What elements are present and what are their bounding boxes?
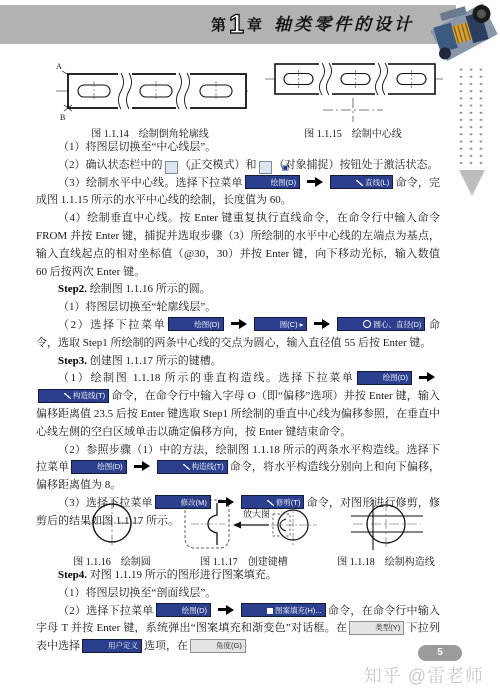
figure-caption: 图 1.1.14 绘制倒角轮廓线 — [46, 125, 254, 140]
menu-button[interactable]: 图案填充(H)... — [241, 603, 326, 617]
menu-button[interactable]: 直线(L) — [330, 175, 393, 189]
menu-button[interactable]: 类型(Y) — [349, 621, 404, 635]
page-number-badge: 5 — [418, 645, 462, 661]
step-label: Step4. — [58, 569, 87, 581]
menu-button-label: 绘图(D) — [97, 462, 122, 471]
arrow-icon — [419, 372, 435, 382]
menu-button-label: 用户定义 — [108, 641, 138, 650]
figure-caption: 图 1.1.17 创建键槽 — [165, 553, 323, 568]
figure-1-1-15-drawing — [261, 60, 446, 124]
machine-photo — [426, 0, 498, 66]
menu-button-label: 圆(C) ▸ — [280, 320, 304, 329]
figure-1-1-14-drawing: A B — [48, 60, 253, 124]
chapter-prefix: 第 — [211, 18, 228, 34]
menu-button-label: 构造线(T) — [192, 462, 224, 471]
text-run: （2）选择下拉菜单 — [58, 319, 166, 331]
paragraph: Step3. 创建图 1.1.17 所示的键槽。 — [36, 353, 440, 371]
menu-button-label: 类型(Y) — [375, 623, 400, 632]
text-run: （1）将图层切换至“中心线层”。 — [58, 141, 216, 153]
text-run: （对象捕捉）按钮处于激活状态。 — [274, 159, 439, 171]
paragraph: （2）选择下拉菜单绘图(D)图案填充(H)...命令，在命令行中输入字母 T 并… — [36, 603, 440, 656]
step-label: Step2. — [58, 283, 87, 295]
text-run: （3）绘制水平中心线。选择下拉菜单 — [58, 177, 243, 189]
figure-1-1-14: A B 图 1.1.14 绘制倒角轮廓线 — [46, 60, 254, 140]
text-run: 创建图 1.1.17 所示的键槽。 — [87, 355, 222, 367]
menu-button[interactable]: 绘图(D) — [357, 371, 412, 385]
menu-button[interactable]: 绘图(D) — [245, 175, 300, 189]
line-icon — [356, 180, 363, 186]
object-snap-icon[interactable]: ▣ — [259, 161, 272, 174]
body-text-2: Step4. 对图 1.1.19 所示的图形进行图案填充。（1）将图层切换至“剖… — [36, 567, 440, 656]
step-label: Step3. — [58, 355, 87, 367]
paragraph: （2）选择下拉菜单绘图(D)圆(C) ▸圆心、直径(D)命令，选取 Step1 … — [36, 317, 440, 353]
menu-button-label: 绘图(D) — [182, 606, 207, 615]
text-run: （1）将图层切换至“轮廓线层”。 — [58, 301, 216, 313]
text-run: （正交模式）和 — [180, 159, 257, 171]
arrow-icon — [314, 319, 330, 329]
paragraph: Step4. 对图 1.1.19 所示的图形进行图案填充。 — [36, 567, 440, 585]
hatch-icon — [267, 608, 273, 614]
paragraph: （4）绘制垂直中心线。按 Enter 键重复执行直线命令，在命令行中输入命令 F… — [36, 210, 440, 281]
arrow-icon — [218, 605, 234, 615]
figure-caption: 图 1.1.16 绘制圆 — [52, 553, 172, 568]
text-run: （2）选择下拉菜单 — [58, 605, 154, 617]
paragraph: （1）绘制图 1.1.18 所示的垂直构造线。选择下拉菜单绘图(D)构造线(T)… — [36, 370, 440, 441]
menu-button-label: 图案填充(H)... — [275, 606, 322, 615]
figure-1-1-17: 放大图 图 1.1.17 创建键槽 — [165, 497, 323, 568]
menu-button-label: 绘图(D) — [271, 178, 296, 187]
text-run: 选项，在 — [144, 640, 188, 652]
text-run: （1）绘制图 1.1.18 所示的垂直构造线。选择下拉菜单 — [58, 372, 355, 384]
menu-button-label: 构造线(T) — [73, 391, 105, 400]
line-icon — [183, 464, 190, 470]
label-b: B — [60, 113, 65, 122]
ortho-mode-icon[interactable]: ∟ — [165, 161, 178, 174]
chapter-title: 第1章轴类零件的设计 — [0, 5, 440, 44]
menu-button[interactable]: 圆心、直径(D) — [337, 317, 425, 331]
menu-button[interactable]: 绘图(D) — [71, 460, 126, 474]
figure-1-1-18-drawing — [331, 497, 441, 552]
text-run: 绘制图 1.1.16 所示的圆。 — [87, 283, 211, 295]
menu-button-label: 直线(L) — [365, 178, 389, 187]
figure-1-1-16: 图 1.1.16 绘制圆 — [52, 497, 172, 568]
paragraph: （1）将图层切换至“剖面线层”。 — [36, 585, 440, 603]
arrow-icon — [134, 461, 150, 471]
figure-caption: 图 1.1.15 绘制中心线 — [260, 125, 446, 140]
body-text-1: （1）将图层切换至“中心线层”。（2）确认状态栏中的∟（正交模式）和▣（对象捕捉… — [36, 139, 440, 531]
menu-button-label: 角度(G) — [216, 641, 242, 650]
line-icon — [64, 393, 71, 399]
menu-button[interactable]: 构造线(T) — [157, 460, 228, 474]
figure-caption: 图 1.1.18 绘制构造线 — [320, 553, 452, 568]
menu-button[interactable]: 圆(C) ▸ — [254, 317, 308, 331]
figure-1-1-18: 图 1.1.18 绘制构造线 — [320, 497, 452, 568]
chapter-title-text: 轴类零件的设计 — [264, 15, 414, 34]
text-run: （1）将图层切换至“剖面线层”。 — [58, 587, 216, 599]
text-run: 对图 1.1.19 所示的图形进行图案填充。 — [87, 569, 277, 581]
text-run: （2）确认状态栏中的 — [58, 159, 163, 171]
menu-button[interactable]: 用户定义 — [82, 639, 142, 653]
paragraph: （2）确认状态栏中的∟（正交模式）和▣（对象捕捉）按钮处于激活状态。 — [36, 157, 440, 175]
enlarged-view-label: 放大图 — [243, 508, 270, 519]
paragraph: （3）绘制水平中心线。选择下拉菜单绘图(D)直线(L)命令，完成图 1.1.15… — [36, 175, 440, 211]
paragraph: （1）将图层切换至“轮廓线层”。 — [36, 299, 440, 317]
circle-icon — [363, 320, 371, 328]
margin-triangle-decoration — [459, 170, 485, 196]
paragraph: （1）将图层切换至“中心线层”。 — [36, 139, 440, 157]
menu-button[interactable]: 绘图(D) — [168, 317, 223, 331]
arrow-icon — [231, 319, 247, 329]
figure-1-1-15: 图 1.1.15 绘制中心线 — [260, 60, 446, 140]
margin-dots-decoration — [456, 66, 486, 166]
menu-button[interactable]: 绘图(D) — [156, 603, 211, 617]
chapter-number: 1 — [228, 9, 247, 39]
paragraph: （2）参照步骤（1）中的方法，绘制图 1.1.18 所示的两条水平构造线。选择下… — [36, 442, 440, 495]
figure-1-1-17-drawing: 放大图 — [165, 497, 323, 552]
text-run: （4）绘制垂直中心线。按 Enter 键重复执行直线命令，在命令行中输入命令 F… — [36, 212, 440, 277]
menu-button[interactable]: 构造线(T) — [38, 389, 109, 403]
menu-button[interactable]: 角度(G) — [190, 639, 246, 653]
figure-1-1-16-drawing — [67, 497, 157, 552]
paragraph: Step2. 绘制图 1.1.16 所示的圆。 — [36, 281, 440, 299]
label-a: A — [56, 62, 62, 71]
chapter-suffix: 章 — [247, 18, 264, 34]
menu-button-label: 圆心、直径(D) — [373, 320, 421, 329]
menu-button-label: 绘图(D) — [383, 373, 408, 382]
arrow-icon — [307, 177, 323, 187]
watermark: 知乎 @雷老师 — [364, 662, 484, 688]
menu-button-label: 绘图(D) — [194, 320, 219, 329]
